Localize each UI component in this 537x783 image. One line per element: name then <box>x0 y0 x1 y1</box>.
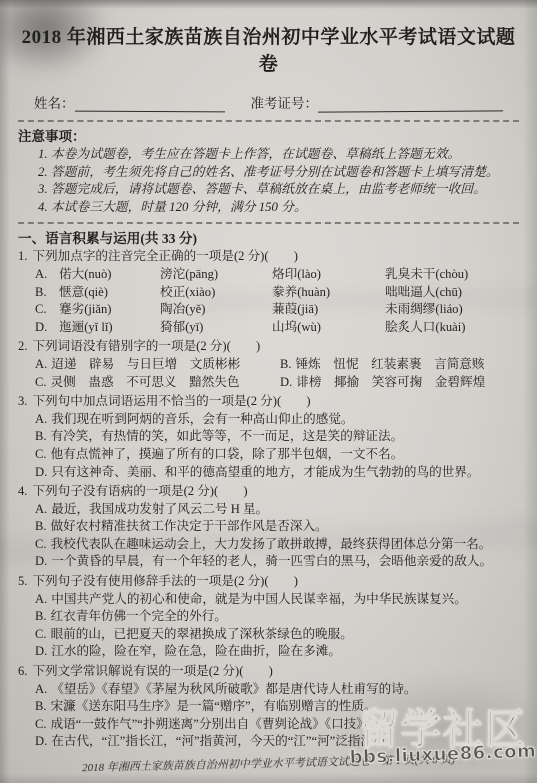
question: 2.下列词语没有错别字的一项是(2 分)( )A.迢递 辟易 与日巨增 文质彬彬… <box>18 338 519 391</box>
dashed-divider-section <box>18 222 519 224</box>
question-number: 1. <box>18 249 27 263</box>
notice-item: 3. 答题完成后，请将试题卷、答题卡、草稿纸放在桌上，由监考老师统一收回。 <box>18 181 519 199</box>
option-cell: 中国共产党人的初心和使命，就是为中国人民谋幸福，为中华民族谋复兴。 <box>51 592 467 606</box>
question: 4.下列句子没有语病的一项是(2 分)( )A.最近，我国成功发射了风云二号 H… <box>18 483 519 571</box>
option: A.迢递 辟易 与日巨增 文质彬彬 <box>35 356 280 374</box>
option-cell: 迤逦(yǐ lǐ) <box>59 319 160 337</box>
question-stem: 6.下列文学常识解说有误的一项是(2 分)( ) <box>18 663 519 681</box>
exam-paper-scan: 2018 年湘西土家族苗族自治州初中学业水平考试语文试题卷 姓名： 准考证号： … <box>0 0 537 783</box>
option-row: C.灵侧 蛊惑 不可思义 黯然失色D.诽榜 揶揄 笑容可掬 金碧辉煌 <box>35 374 519 392</box>
option-cell: 我们现在听到阿炳的音乐，会有一种高山仰止的感觉。 <box>51 412 353 426</box>
option-row: B.红衣青年仿佛一个完全的外行。 <box>35 608 519 626</box>
ticket-number-label: 准考证号： <box>251 92 319 112</box>
option-cell: 咄咄逼人(chū) <box>385 284 519 302</box>
option-row: B.做好农村精准扶贫工作决定于干部作风是否深入。 <box>35 518 519 536</box>
option-cell: 灵侧 蛊惑 不可思义 黯然失色 <box>51 375 240 389</box>
option-cell: 蹇劣(jiǎn) <box>59 301 160 319</box>
candidate-info-row: 姓名： 准考证号： <box>34 92 503 112</box>
question-stem-text: 下列加点字的注音完全正确的一项是(2 分)( ) <box>32 249 298 263</box>
option-label: A. <box>35 502 47 516</box>
option-label: D. <box>35 734 47 748</box>
option-cell: 乳臭未干(chòu) <box>385 266 519 284</box>
option-label: C. <box>35 717 47 731</box>
option-row: B.惬意(qiè)校正(xiào)豢养(huàn)咄咄逼人(chū) <box>35 284 519 302</box>
option-cell: 陶冶(yě) <box>160 301 272 319</box>
options: A.偌大(nuò)滂沱(pāng)烙印(lào)乳臭未干(chòu)B.惬意(q… <box>18 266 519 336</box>
notice-item: 1. 本卷为试题卷，考生应在答题卡上作答，在试题卷、草稿纸上答题无效。 <box>18 146 519 164</box>
option-label: D. <box>35 554 47 568</box>
option-label: B. <box>35 284 55 302</box>
option-label: C. <box>35 301 55 319</box>
option-cell: 锤炼 忸怩 红装素裹 言简意赅 <box>296 357 485 371</box>
option-row: C.蹇劣(jiǎn)陶冶(yě)蒹葭(jiā)未雨绸缪(liáo) <box>35 301 519 319</box>
option-cell: 《望岳》《春望》《茅屋为秋风所破歌》都是唐代诗人杜甫写的诗。 <box>51 682 416 696</box>
question-stem-text: 下列文学常识解说有误的一项是(2 分)( ) <box>32 664 272 678</box>
option-cell: 蒹葭(jiā) <box>272 301 385 319</box>
options: A.最近，我国成功发射了风云二号 H 星。B.做好农村精准扶贫工作决定于干部作风… <box>18 501 519 571</box>
question: 1.下列加点字的注音完全正确的一项是(2 分)( )A.偌大(nuò)滂沱(pā… <box>18 248 519 336</box>
option: D.诽榜 揶揄 笑容可掬 金碧辉煌 <box>280 374 519 392</box>
option-cell: 最近，我国成功发射了风云二号 H 星。 <box>51 502 268 516</box>
notice-title: 注意事项： <box>18 128 519 146</box>
notice-list: 1. 本卷为试题卷，考生应在答题卡上作答，在试题卷、草稿纸上答题无效。 2. 答… <box>18 146 519 216</box>
option-cell: 豢养(huàn) <box>272 284 385 302</box>
watermark: 留学社区 bbs.liuxue86.com <box>347 709 537 765</box>
option: C.灵侧 蛊惑 不可思义 黯然失色 <box>35 374 280 392</box>
question-stem-text: 下列句子没有使用修辞手法的一项是(2 分)( ) <box>32 574 298 588</box>
question-number: 4. <box>18 484 27 498</box>
option-label: D. <box>35 465 47 479</box>
option-cell: 滂沱(pāng) <box>160 266 272 284</box>
options: A.中国共产党人的初心和使命，就是为中国人民谋幸福，为中华民族谋复兴。B.红衣青… <box>18 591 519 661</box>
options: A.我们现在听到阿炳的音乐，会有一种高山仰止的感觉。B.有冷笑，有热情的笑，如此… <box>18 411 519 481</box>
option-label: D. <box>280 375 292 389</box>
option-cell: 烙印(lào) <box>272 266 385 284</box>
option-cell: 只有这神奇、美丽、和平的德高望重的地方，才能成为生气勃勃的鸟的世界。 <box>51 465 479 479</box>
option-cell: 有冷笑，有热情的笑，如此等等，不一而足，这是笑的辩证法。 <box>51 429 404 443</box>
option-cell: 未雨绸缪(liáo) <box>385 301 519 319</box>
option-row: B.有冷笑，有热情的笑，如此等等，不一而足，这是笑的辩证法。 <box>35 428 519 446</box>
questions-area: 1.下列加点字的注音完全正确的一项是(2 分)( )A.偌大(nuò)滂沱(pā… <box>18 248 519 751</box>
question-stem-text: 下列词语没有错别字的一项是(2 分)( ) <box>32 339 260 353</box>
question-number: 2. <box>18 339 27 353</box>
option-cell: 迢递 辟易 与日巨增 文质彬彬 <box>51 357 240 371</box>
name-label: 姓名： <box>34 92 75 112</box>
options: A.迢递 辟易 与日巨增 文质彬彬B.锤炼 忸怩 红装素裹 言简意赅C.灵侧 蛊… <box>18 356 519 391</box>
option-row: A.迢递 辟易 与日巨增 文质彬彬B.锤炼 忸怩 红装素裹 言简意赅 <box>35 356 519 374</box>
question-stem-text: 下列句子没有语病的一项是(2 分)( ) <box>32 484 247 498</box>
option-row: D.一个黄昏的早晨，有一个年轻的老人，骑一匹雪白的黑马，会晤他亲爱的敌人。 <box>35 553 519 571</box>
option-label: D. <box>35 319 55 337</box>
option-cell: 诽榜 揶揄 笑容可掬 金碧辉煌 <box>296 375 485 389</box>
option-row: C.他有点慌神了，摸遍了所有的口袋，除了那半包烟，一文不名。 <box>35 446 519 464</box>
option-label: A. <box>35 682 47 696</box>
option-cell: 猗郁(yī) <box>160 319 272 337</box>
option-label: D. <box>35 644 47 658</box>
question-stem: 5.下列句子没有使用修辞手法的一项是(2 分)( ) <box>18 573 519 591</box>
option-label: C. <box>35 627 47 641</box>
question: 5.下列句子没有使用修辞手法的一项是(2 分)( )A.中国共产党人的初心和使命… <box>18 573 519 661</box>
page-content: 2018 年湘西土家族苗族自治州初中学业水平考试语文试题卷 姓名： 准考证号： … <box>0 0 537 751</box>
notice-item: 4. 本试卷三大题，时量 120 分钟，满分 150 分。 <box>18 199 519 217</box>
question-stem: 4.下列句子没有语病的一项是(2 分)( ) <box>18 483 519 501</box>
question-stem-text: 下列句中加点词语运用不恰当的一项是(2 分)( ) <box>32 394 310 408</box>
option-cell: 江水的险，险在窄，险在急，险在曲折，险在多滩。 <box>51 644 341 658</box>
option-label: B. <box>280 357 292 371</box>
option-cell: 我校代表队在趣味运动会上，大力发扬了敢拼敢搏，最终获得团体总分第一名。 <box>51 537 492 551</box>
option-row: D.迤逦(yǐ lǐ)猗郁(yī)山坞(wù)脍炙人口(kuài) <box>35 319 519 337</box>
notice-item: 2. 答题前，考生须先将自己的姓名、准考证号分别在试题卷和答题卡上填写清楚。 <box>18 164 519 182</box>
option-row: A.最近，我国成功发射了风云二号 H 星。 <box>35 501 519 519</box>
option-row: C.我校代表队在趣味运动会上，大力发扬了敢拼敢搏，最终获得团体总分第一名。 <box>35 536 519 554</box>
option-row: A.我们现在听到阿炳的音乐，会有一种高山仰止的感觉。 <box>35 411 519 429</box>
option-cell: 脍炙人口(kuài) <box>385 319 519 337</box>
dashed-divider-top <box>18 120 519 122</box>
option-label: C. <box>35 537 47 551</box>
ticket-blank-line <box>318 95 503 112</box>
option-cell: 眼前的山，已把夏天的翠裙换成了深秋茶绿色的晚服。 <box>51 627 353 641</box>
option-row: D.江水的险，险在窄，险在急，险在曲折，险在多滩。 <box>35 643 519 661</box>
option-cell: 惬意(qiè) <box>59 284 160 302</box>
question-stem: 3.下列句中加点词语运用不恰当的一项是(2 分)( ) <box>18 393 519 411</box>
option-row: A.《望岳》《春望》《茅屋为秋风所破歌》都是唐代诗人杜甫写的诗。 <box>35 681 519 699</box>
name-blank-line <box>74 96 224 113</box>
option-cell: 山坞(wù) <box>272 319 385 337</box>
option-row: D.只有这神奇、美丽、和平的德高望重的地方，才能成为生气勃勃的鸟的世界。 <box>35 464 519 482</box>
option-label: A. <box>35 412 47 426</box>
question-stem: 2.下列词语没有错别字的一项是(2 分)( ) <box>18 338 519 356</box>
option-row: A.偌大(nuò)滂沱(pāng)烙印(lào)乳臭未干(chòu) <box>35 266 519 284</box>
option-label: A. <box>35 592 47 606</box>
option-label: C. <box>35 447 47 461</box>
option-cell: 他有点慌神了，摸遍了所有的口袋，除了那半包烟，一文不名。 <box>51 447 404 461</box>
question-number: 6. <box>18 664 27 678</box>
option-cell: 校正(xiào) <box>160 284 272 302</box>
option-cell: 做好农村精准扶贫工作决定于干部作风是否深入。 <box>51 519 328 533</box>
option-label: C. <box>35 375 47 389</box>
option-cell: 红衣青年仿佛一个完全的外行。 <box>51 609 227 623</box>
option-label: B. <box>35 609 47 623</box>
option-cell: 成语“一鼓作气”“扑朔迷离”分别出自《曹刿论战》《口技》 <box>51 717 369 731</box>
option-cell: 偌大(nuò) <box>59 266 160 284</box>
option-label: A. <box>35 357 47 371</box>
option-label: B. <box>35 519 47 533</box>
option: B.锤炼 忸怩 红装素裹 言简意赅 <box>280 356 519 374</box>
option-cell: 宋濂《送东阳马生序》是一篇“赠序”，有临别赠言的性质。 <box>51 699 377 713</box>
question-stem: 1.下列加点字的注音完全正确的一项是(2 分)( ) <box>18 248 519 266</box>
option-cell: 一个黄昏的早晨，有一个年轻的老人，骑一匹雪白的黑马，会晤他亲爱的敌人。 <box>51 554 492 568</box>
question: 3.下列句中加点词语运用不恰当的一项是(2 分)( )A.我们现在听到阿炳的音乐… <box>18 393 519 481</box>
question-number: 5. <box>18 574 27 588</box>
option-label: B. <box>35 699 47 713</box>
option-label: B. <box>35 429 47 443</box>
question-number: 3. <box>18 394 27 408</box>
option-row: C.眼前的山，已把夏天的翠裙换成了深秋茶绿色的晚服。 <box>35 626 519 644</box>
section-title: 一、语言积累与运用(共 33 分) <box>18 229 519 248</box>
option-row: A.中国共产党人的初心和使命，就是为中国人民谋幸福，为中华民族谋复兴。 <box>35 591 519 609</box>
page-title: 2018 年湘西土家族苗族自治州初中学业水平考试语文试题卷 <box>18 22 519 76</box>
option-label: A. <box>35 266 55 284</box>
